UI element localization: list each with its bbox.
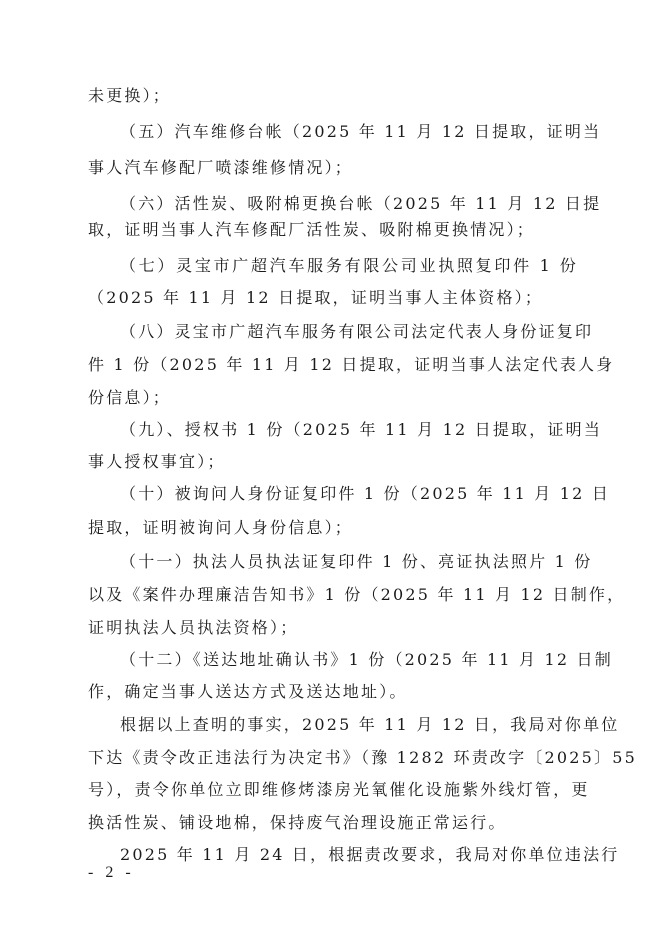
text-line: （六）活性炭、吸附棉更换台帐（2025 年 11 月 12 日提 — [120, 194, 578, 214]
text-line: 下达《责令改正违法行为决定书》（豫 1282 环责改字〔2025〕55 — [88, 748, 578, 768]
text-line: 提取，证明被询问人身份信息）； — [88, 518, 578, 538]
text-line: （七）灵宝市广超汽车服务有限公司业执照复印件 1 份 — [120, 256, 578, 276]
text-line: （九）、授权书 1 份（2025 年 11 月 12 日提取，证明当 — [120, 420, 578, 440]
text-line: 2025 年 11 月 24 日，根据责改要求，我局对你单位违法行 — [120, 845, 578, 865]
text-line: （十二）《送达地址确认书》1 份（2025 年 11 月 12 日制 — [120, 650, 578, 670]
page-number: - 2 - — [88, 863, 135, 883]
document-page: 未更换）；（五）汽车维修台帐（2025 年 11 月 12 日提取，证明当事人汽… — [0, 0, 656, 928]
text-line: （五）汽车维修台帐（2025 年 11 月 12 日提取，证明当 — [120, 122, 578, 142]
text-line: （十）被询问人身份证复印件 1 份（2025 年 11 月 12 日 — [120, 484, 578, 504]
text-line: 号），责令你单位立即维修烤漆房光氧催化设施紫外线灯管，更 — [88, 780, 578, 800]
text-line: 事人授权事宜）； — [88, 452, 578, 472]
text-line: 作，确定当事人送达方式及送达地址）。 — [88, 682, 578, 702]
text-line: 以及《案件办理廉洁告知书》1 份（2025 年 11 月 12 日制作， — [88, 585, 578, 605]
text-line: 未更换）； — [88, 86, 578, 106]
text-line: 件 1 份（2025 年 11 月 12 日提取，证明当事人法定代表人身 — [88, 355, 578, 375]
text-line: 证明执法人员执法资格）； — [88, 618, 578, 638]
text-line: 换活性炭、铺设地棉，保持废气治理设施正常运行。 — [88, 813, 578, 833]
text-line: （2025 年 11 月 12 日提取，证明当事人主体资格）； — [88, 288, 578, 308]
text-line: （十一）执法人员执法证复印件 1 份、亮证执法照片 1 份 — [120, 552, 578, 572]
text-line: 根据以上查明的事实，2025 年 11 月 12 日，我局对你单位 — [120, 715, 578, 735]
text-line: 份信息）； — [88, 388, 578, 408]
text-line: 事人汽车修配厂喷漆维修情况）； — [88, 158, 578, 178]
text-line: （八）灵宝市广超汽车服务有限公司法定代表人身份证复印 — [120, 322, 578, 342]
text-line: 取，证明当事人汽车修配厂活性炭、吸附棉更换情况）； — [88, 220, 578, 240]
